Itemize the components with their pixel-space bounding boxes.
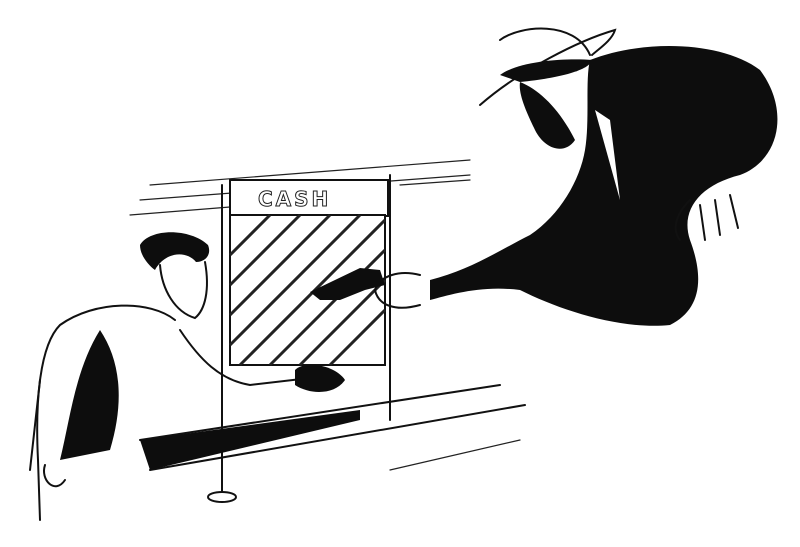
teller-window: CASH: [208, 175, 390, 502]
illustration: CASH: [0, 0, 800, 547]
robber-figure: [310, 29, 777, 326]
counter: [140, 385, 525, 470]
cash-sign: CASH: [258, 187, 331, 211]
